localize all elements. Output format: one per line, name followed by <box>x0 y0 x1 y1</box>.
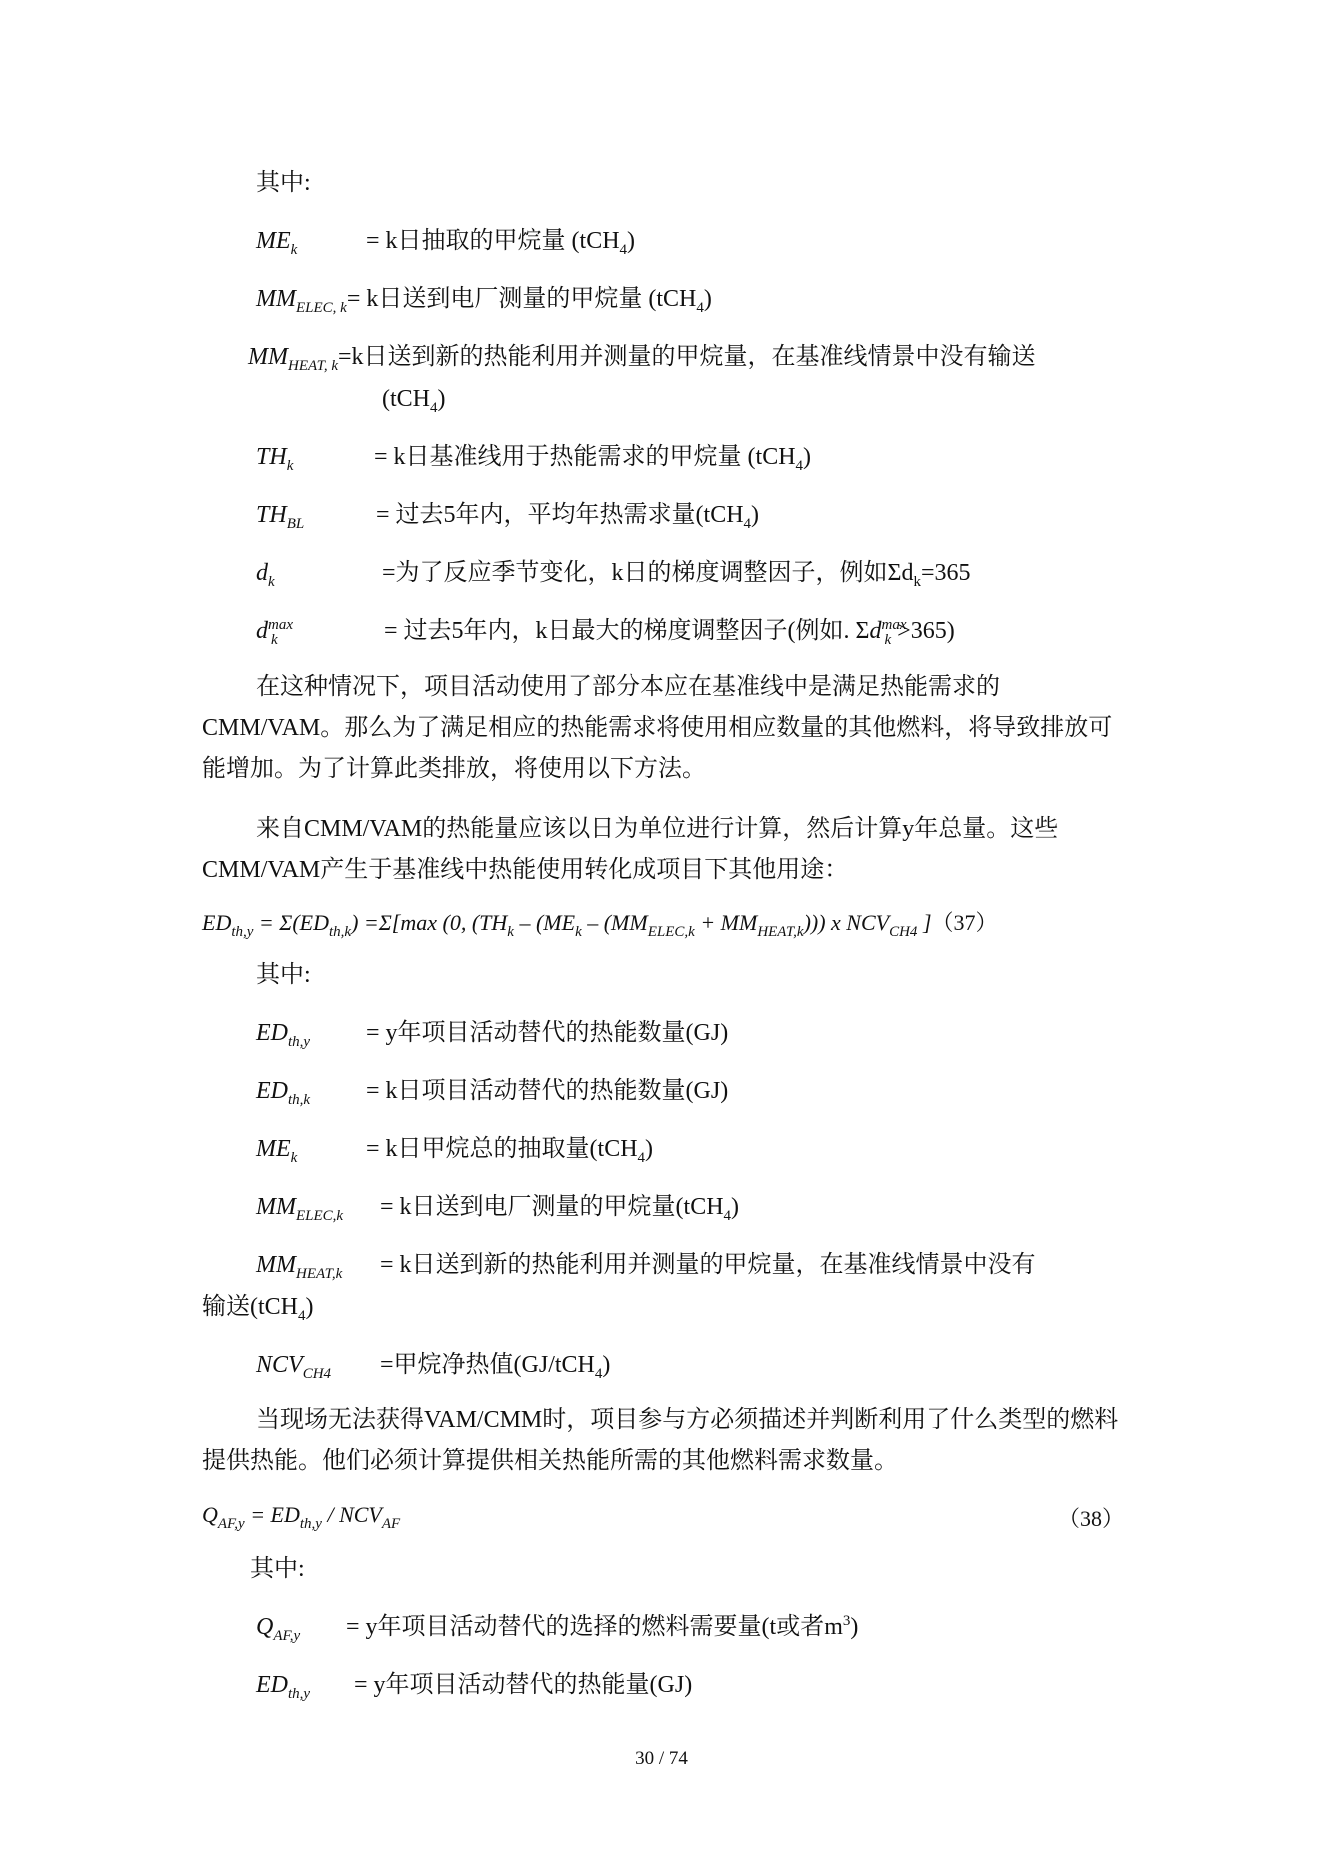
symbol: MEk <box>256 228 297 254</box>
definition-ed-th-y-2: EDth,y = y年项目活动替代的热能量(GJ) <box>256 1670 310 1700</box>
definition-mm-heat-k-unit: (tCH4) <box>382 384 446 414</box>
definition-ncv-ch4: NCVCH4 =甲烷净热值(GJ/tCH4) <box>256 1350 331 1380</box>
definition-mm-heat-k: MMHEAT, k=k日送到新的热能利用并测量的甲烷量，在基准线情景中没有输送 <box>248 342 1036 372</box>
where-label-2: 其中: <box>256 960 311 990</box>
definition-mm-heat-k-2-unit: 输送(tCH4) <box>202 1292 314 1322</box>
definition-mm-heat-k-2: MMHEAT,k = k日送到新的热能利用并测量的甲烷量，在基准线情景中没有 <box>256 1250 342 1280</box>
page-number: 30 / 74 <box>0 1748 1323 1770</box>
equation-38: QAF,y = EDth,y / NCVAF <box>202 1500 400 1530</box>
definition-ed-th-k: EDth,k = k日项目活动替代的热能数量(GJ) <box>256 1076 310 1106</box>
definition-d-k: dk =为了反应季节变化，k日的梯度调整因子，例如Σdk=365 <box>256 558 275 588</box>
equation-37: EDth,y = Σ(EDth,k) =Σ[max (0, (THk – (ME… <box>202 908 998 938</box>
paragraph-1: 在这种情况下，项目活动使用了部分本应在基准线中是满足热能需求的CMM/VAM。那… <box>202 667 1132 790</box>
definition-q-af-y: QAF,y = y年项目活动替代的选择的燃料需要量(t或者m3) <box>256 1612 300 1642</box>
definition-mm-elec-k-2: MMELEC,k = k日送到电厂测量的甲烷量(tCH4) <box>256 1192 343 1222</box>
equation-number-38: （38） <box>1058 1502 1124 1533</box>
equation-number-37: （37） <box>932 910 998 935</box>
definition-th-bl: THBL = 过去5年内，平均年热需求量(tCH4) <box>256 500 304 530</box>
definition-d-k-max: dmaxk = 过去5年内，k日最大的梯度调整因子(例如. Σdmaxk >36… <box>256 616 278 646</box>
definition-ed-th-y: EDth,y = y年项目活动替代的热能数量(GJ) <box>256 1018 310 1048</box>
definition-th-k: THk = k日基准线用于热能需求的甲烷量 (tCH4) <box>256 442 293 472</box>
definition-mm-elec-k: MMELEC, k= k日送到电厂测量的甲烷量 (tCH4) <box>256 284 712 314</box>
definition-me-k-2: MEk = k日甲烷总的抽取量(tCH4) <box>256 1134 297 1164</box>
paragraph-2: 来自CMM/VAM的热能量应该以日为单位进行计算，然后计算y年总量。这些CMM/… <box>202 809 1132 891</box>
where-label-3: 其中: <box>250 1554 305 1584</box>
paragraph-3: 当现场无法获得VAM/CMM时，项目参与方必须描述并判断利用了什么类型的燃料提供… <box>202 1400 1132 1482</box>
definition-me-k: MEk = k日抽取的甲烷量 (tCH4) <box>256 226 297 256</box>
where-label-1: 其中: <box>256 168 311 198</box>
